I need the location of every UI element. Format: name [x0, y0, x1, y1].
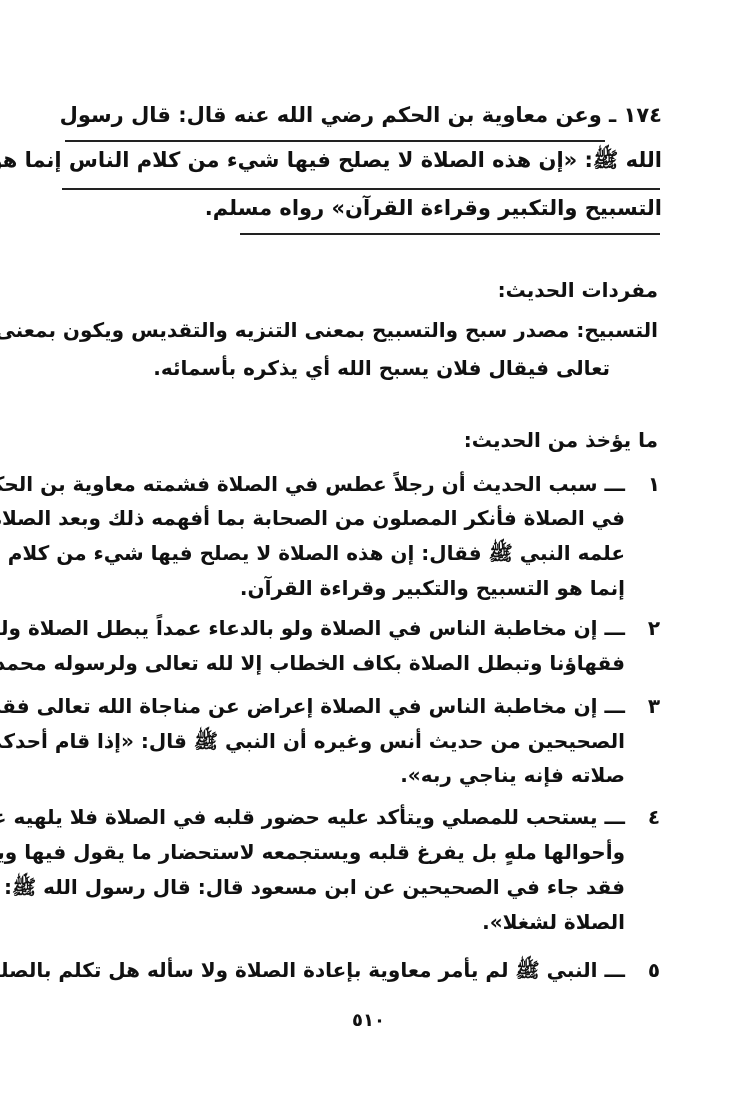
item-number: ٥: [643, 953, 665, 987]
item-line: صلاته فإنه يناجي ربه».: [400, 758, 625, 792]
page-number: ٥١٠: [0, 1010, 737, 1031]
vocabulary-heading: مفردات الحديث:: [498, 273, 658, 307]
underline-3: [240, 233, 660, 235]
item-line: الصحيحين من حديث أنس وغيره أن النبي ﷺ قا…: [62, 724, 625, 758]
item-line: ـــ يستحب للمصلي ويتأكد عليه حضور قلبه ف…: [62, 800, 625, 834]
item-line: ـــ إن مخاطبة الناس في الصلاة إعراض عن م…: [62, 689, 625, 723]
vocabulary-line-2: تعالى فيقال فلان يسبح الله أي يذكره بأسم…: [240, 351, 610, 385]
book-page: ١٧٤ ـ وعن معاوية بن الحكم رضي الله عنه ق…: [0, 0, 737, 1098]
item-line: ـــ سبب الحديث أن رجلاً عطس في الصلاة فش…: [62, 467, 625, 501]
item-line: الصلاة لشغلا».: [480, 905, 625, 939]
item-line: علمه النبي ﷺ فقال: إن هذه الصلاة لا يصلح…: [62, 536, 625, 570]
item-number: ٤: [643, 800, 665, 834]
item-line: فقد جاء في الصحيحين عن ابن مسعود قال: قا…: [62, 870, 625, 904]
item-number: ٣: [643, 689, 665, 723]
item-line: ـــ النبي ﷺ لم يأمر معاوية بإعادة الصلاة…: [62, 953, 625, 987]
item-line: إنما هو التسبيح والتكبير وقراءة القرآن.: [340, 571, 625, 605]
hadith-line-3: التسبيح والتكبير وقراءة القرآن» رواه مسل…: [240, 191, 662, 225]
hadith-line-2: الله ﷺ: «إن هذه الصلاة لا يصلح فيها شيء …: [62, 143, 662, 177]
underline-2: [62, 188, 660, 190]
item-line: فقهاؤنا وتبطل الصلاة بكاف الخطاب إلا لله…: [170, 646, 625, 680]
underline-1: [65, 140, 605, 142]
item-number: ١: [643, 467, 665, 501]
item-number: ٢: [643, 611, 665, 645]
lessons-heading: ما يؤخذ من الحديث:: [464, 423, 658, 457]
hadith-line-1: ١٧٤ ـ وعن معاوية بن الحكم رضي الله عنه ق…: [75, 98, 662, 132]
vocabulary-line-1: التسبيح: مصدر سبح والتسبيح بمعنى التنزيه…: [62, 313, 658, 347]
item-line: في الصلاة فأنكر المصلون من الصحابة بما أ…: [62, 501, 625, 535]
item-line: ـــ إن مخاطبة الناس في الصلاة ولو بالدعا…: [62, 611, 625, 645]
item-line: وأحوالها ملهٍ بل يفرغ قلبه ويستجمعه لاست…: [62, 835, 625, 869]
